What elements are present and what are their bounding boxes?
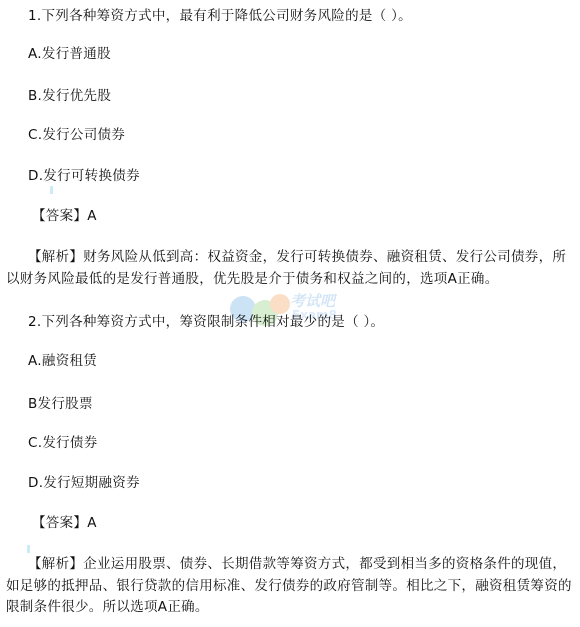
question-stem: 2.下列各种筹资方式中，筹资限制条件相对最少的是（ ）。 (28, 314, 384, 330)
watermark-speck (50, 186, 53, 194)
option-a: A.发行普通股 (28, 46, 111, 62)
option-b: B.发行优先股 (28, 88, 111, 104)
watermark-speck (27, 545, 30, 553)
option-c: C.发行公司债券 (28, 127, 125, 143)
watermark-brand-text: 考试吧 (290, 290, 335, 311)
watermark-circle-orange-icon (270, 294, 290, 314)
answer: 【答案】A (32, 208, 97, 224)
option-a: A.融资租赁 (28, 353, 97, 369)
answer: 【答案】A (32, 515, 97, 531)
analysis: 【解析】企业运用股票、债券、长期借款等筹资方式，都受到相当多的资格条件的现值，如… (6, 554, 576, 619)
option-d: D.发行可转换债券 (28, 168, 140, 184)
option-c: C.发行债券 (28, 435, 98, 451)
option-d: D.发行短期融资券 (28, 475, 140, 491)
option-b: B发行股票 (28, 396, 93, 412)
analysis: 【解析】财务风险从低到高：权益资金，发行可转换债券、融资租赁、发行公司债券，所以… (6, 247, 576, 290)
question-stem: 1.下列各种筹资方式中，最有利于降低公司财务风险的是（ ）。 (28, 8, 412, 24)
